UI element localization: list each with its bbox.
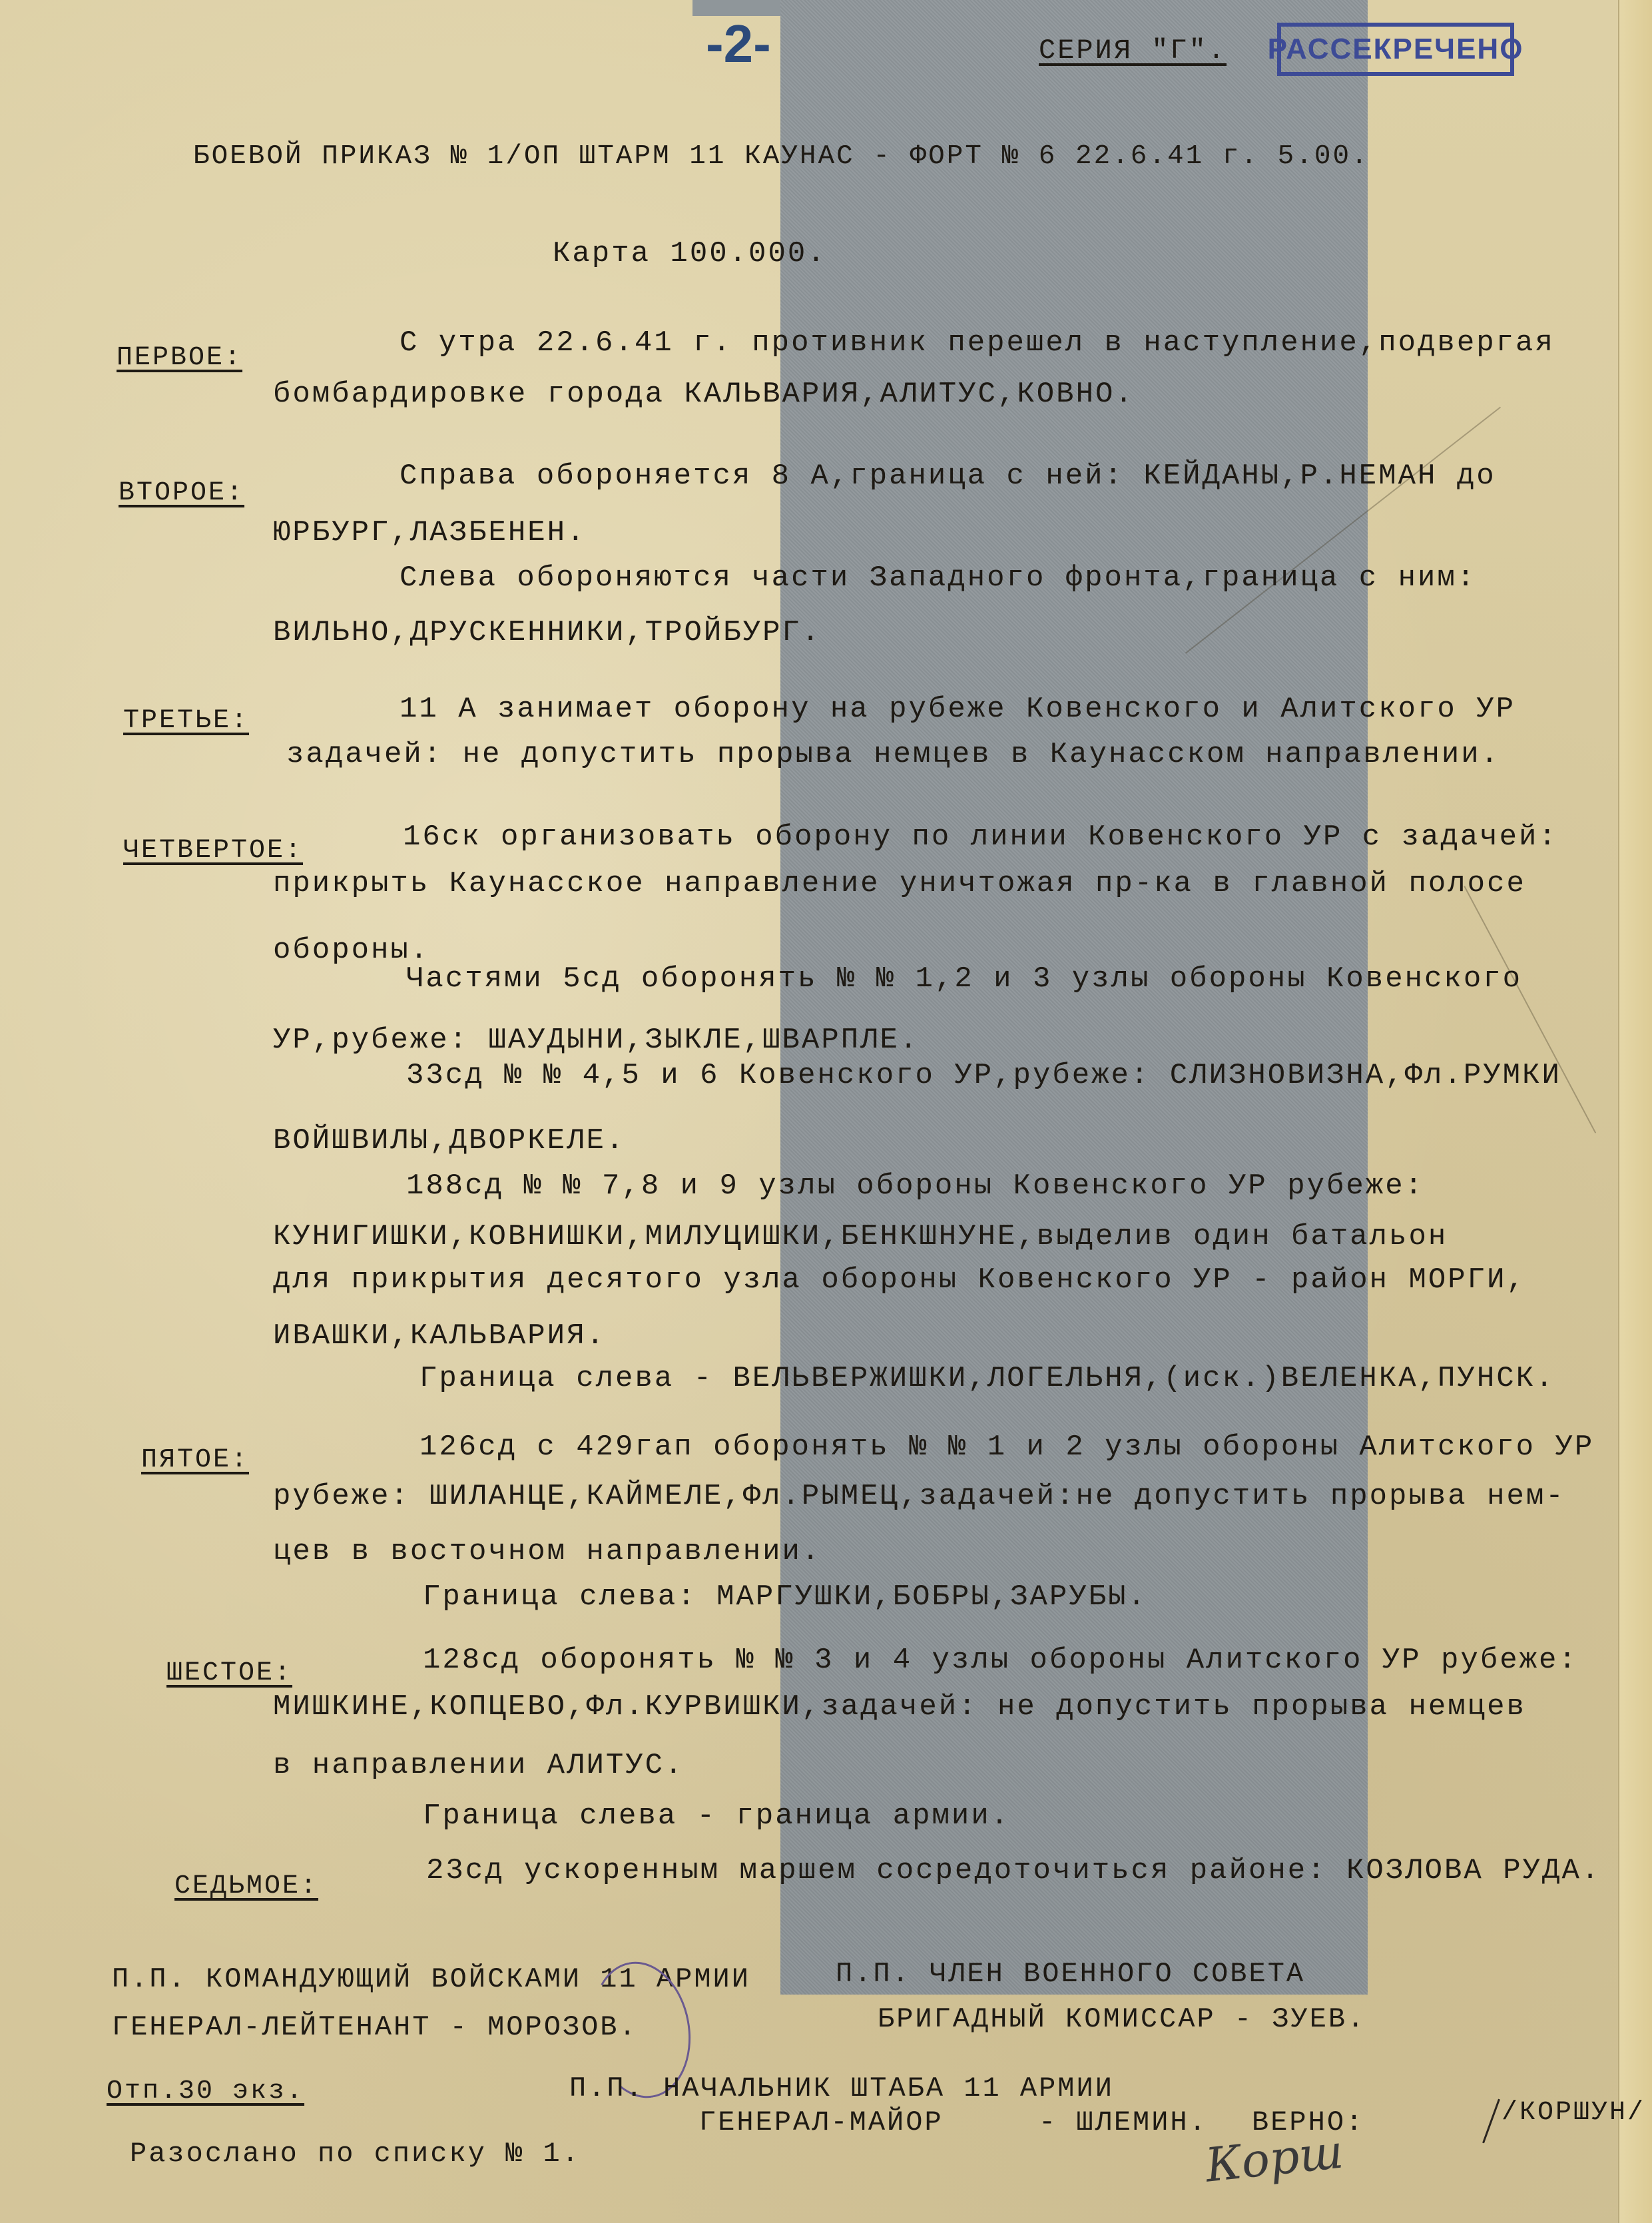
- section-label-second: ВТОРОЕ:: [119, 478, 244, 508]
- section-line: 23сд ускоренным маршем сосредоточиться р…: [426, 1854, 1601, 1887]
- section-label-first: ПЕРВОЕ:: [117, 343, 242, 373]
- order-title: БОЕВОЙ ПРИКАЗ № 1/ОП ШТАРМ 11 КАУНАС - Ф…: [193, 141, 1370, 172]
- section-line: КУНИГИШКИ,КОВНИШКИ,МИЛУЦИШКИ,БЕНКШНУНЕ,в…: [273, 1220, 1448, 1253]
- series-label: СЕРИЯ "Г".: [1039, 35, 1227, 67]
- council-title: П.П. ЧЛЕН ВОЕННОГО СОВЕТА: [836, 1958, 1305, 1990]
- section-line: Слева обороняются части Западного фронта…: [400, 561, 1476, 595]
- section-line: прикрыть Каунасское направление уничтожа…: [273, 867, 1526, 900]
- section-line: МИШКИНЕ,КОПЦЕВО,Фл.КУРВИШКИ,задачей: не …: [273, 1690, 1526, 1724]
- section-line: ИВАШКИ,КАЛЬВАРИЯ.: [273, 1319, 606, 1353]
- section-label-sixth: ШЕСТОЕ:: [166, 1658, 292, 1688]
- chief-of-staff-rank: ГЕНЕРАЛ-МАЙОР: [699, 2106, 944, 2138]
- section-line: Частями 5сд оборонять № № 1,2 и 3 узлы о…: [406, 962, 1522, 996]
- paper-edge: [1618, 0, 1652, 2223]
- stamp-text: РАССЕКРЕЧЕНО: [1268, 33, 1524, 66]
- distribution-note: Разослано по списку № 1.: [130, 2138, 581, 2170]
- section-line: 16ск организовать оборону по линии Ковен…: [403, 820, 1558, 854]
- section-label-fourth: ЧЕТВЕРТОЕ:: [123, 836, 303, 866]
- section-line: 128сд оборонять № № 3 и 4 узлы обороны А…: [423, 1644, 1578, 1677]
- section-line: С утра 22.6.41 г. противник перешел в на…: [400, 326, 1555, 360]
- map-scale: Карта 100.000.: [553, 237, 827, 270]
- section-line: ВИЛЬНО,ДРУСКЕННИКИ,ТРОЙБУРГ.: [273, 616, 821, 649]
- section-line: Граница слева - граница армии.: [423, 1799, 1010, 1833]
- section-line: Граница слева: МАРГУШКИ,БОБРЫ,ЗАРУБЫ.: [423, 1580, 1147, 1614]
- council-name: БРИГАДНЫЙ КОМИССАР - ЗУЕВ.: [878, 2003, 1366, 2035]
- declassified-stamp: РАССЕКРЕЧЕНО: [1277, 23, 1514, 76]
- section-line: задачей: не допустить прорыва немцев в К…: [286, 738, 1500, 771]
- section-line: 126сд с 429гап оборонять № № 1 и 2 узлы …: [419, 1430, 1594, 1464]
- section-line: 188сд № № 7,8 и 9 узлы обороны Ковенског…: [406, 1169, 1424, 1203]
- commander-name: ГЕНЕРАЛ-ЛЕЙТЕНАНТ - МОРОЗОВ.: [112, 2011, 638, 2043]
- section-line: Граница слева - ВЕЛЬВЕРЖИШКИ,ЛОГЕЛЬНЯ,(и…: [419, 1362, 1555, 1395]
- section-line: ВОЙШВИЛЫ,ДВОРКЕЛЕ.: [273, 1124, 625, 1157]
- section-label-fifth: ПЯТОЕ:: [141, 1445, 249, 1475]
- section-line: 33сд № № 4,5 и 6 Ковенского УР,рубеже: С…: [406, 1059, 1561, 1092]
- section-line: для прикрытия десятого узла обороны Кове…: [273, 1263, 1526, 1297]
- chief-of-staff-title: П.П. НАЧАЛЬНИК ШТАБА 11 АРМИИ: [569, 2072, 1114, 2104]
- section-line: ЮРБУРГ,ЛАЗБЕНЕН.: [273, 516, 586, 549]
- section-line: в направлении АЛИТУС.: [273, 1749, 685, 1782]
- section-line: бомбардировке города КАЛЬВАРИЯ,АЛИТУС,КО…: [273, 378, 1135, 411]
- section-line: Справа обороняется 8 А,граница с ней: КЕ…: [400, 460, 1496, 493]
- page-number: -2-: [706, 13, 771, 75]
- chief-of-staff-name: - ШЛЕМИН.: [1039, 2106, 1208, 2138]
- verifier-name: /КОРШУН/: [1502, 2098, 1645, 2128]
- copies-note: Отп.30 экз.: [107, 2076, 304, 2106]
- section-line: 11 А занимает оборону на рубеже Ковенско…: [400, 693, 1515, 726]
- section-label-third: ТРЕТЬЕ:: [123, 706, 249, 736]
- section-line: УР,рубеже: ШАУДЫНИ,ЗЫКЛЕ,ШВАРПЛЕ.: [273, 1024, 919, 1057]
- section-label-seventh: СЕДЬМОЕ:: [174, 1871, 318, 1901]
- section-line: цев в восточном направлении.: [273, 1535, 821, 1568]
- section-line: рубеже: ШИЛАНЦЕ,КАЙМЕЛЕ,Фл.РЫМЕЦ,задачей…: [273, 1480, 1565, 1513]
